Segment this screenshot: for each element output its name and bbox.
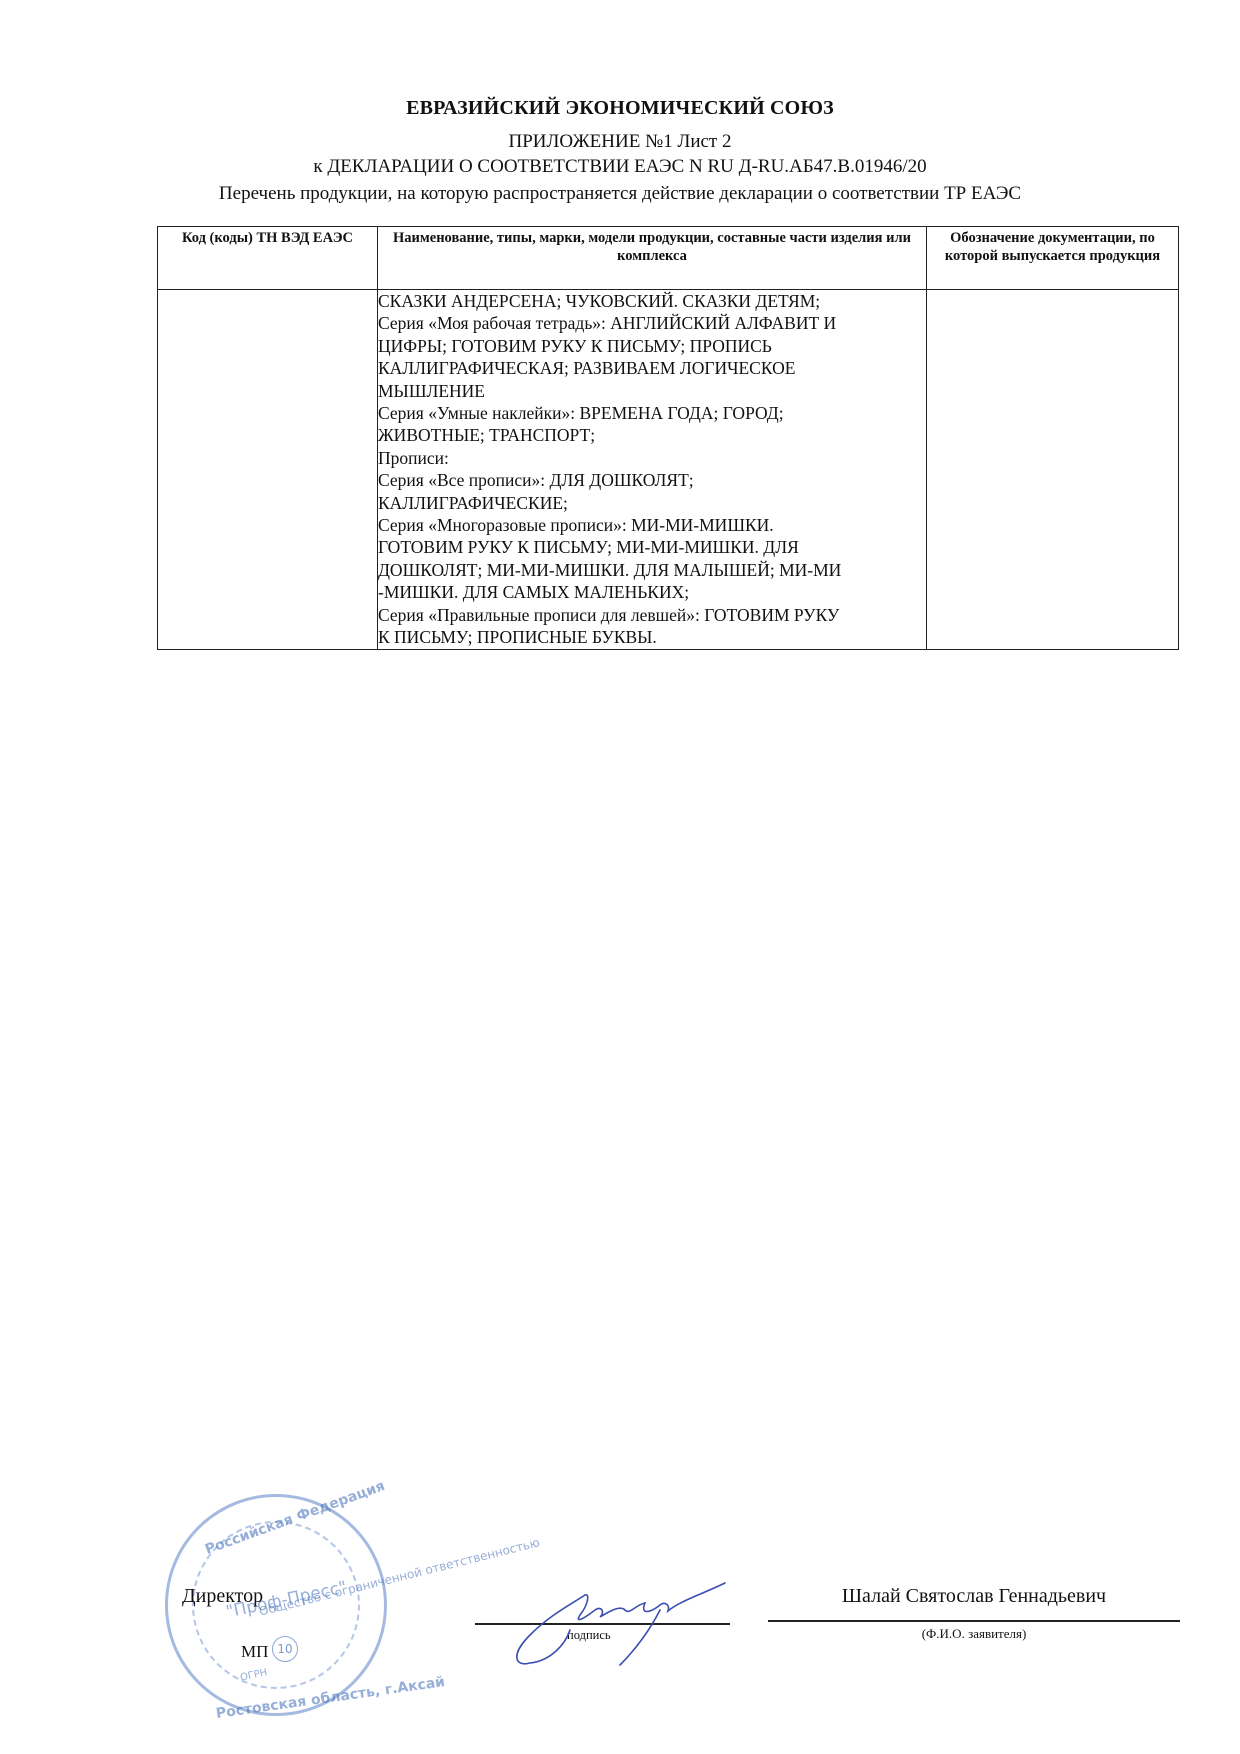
column-header-documentation: Обозначение документации, по которой вып… [927,227,1179,290]
document-organization-title: ЕВРАЗИЙСКИЙ ЭКОНОМИЧЕСКИЙ СОЮЗ [0,97,1240,120]
product-line: Серия «Правильные прописи для левшей»: Г… [378,604,926,626]
product-line: МЫШЛЕНИЕ [378,380,926,402]
cell-products: СКАЗКИ АНДЕРСЕНА; ЧУКОВСКИЙ. СКАЗКИ ДЕТЯ… [378,290,927,650]
product-line: ГОТОВИМ РУКУ К ПИСЬМУ; МИ-МИ-МИШКИ. ДЛЯ [378,536,926,558]
product-line: КАЛЛИГРАФИЧЕСКИЕ; [378,492,926,514]
product-line: СКАЗКИ АНДЕРСЕНА; ЧУКОВСКИЙ. СКАЗКИ ДЕТЯ… [378,290,926,312]
product-line: ЦИФРЫ; ГОТОВИМ РУКУ К ПИСЬМУ; ПРОПИСЬ [378,335,926,357]
applicant-name-line [768,1620,1180,1622]
applicant-name: Шалай Святослав Геннадьевич [768,1585,1180,1608]
product-line: Серия «Все прописи»: ДЛЯ ДОШКОЛЯТ; [378,469,926,491]
cell-documentation [927,290,1179,650]
column-header-products: Наименование, типы, марки, модели продук… [378,227,927,290]
applicant-caption: (Ф.И.О. заявителя) [768,1626,1180,1642]
declaration-number: к ДЕКЛАРАЦИИ О СООТВЕТСТВИИ ЕАЭС N RU Д-… [0,156,1240,178]
product-line: Серия «Многоразовые прописи»: МИ-МИ-МИШК… [378,514,926,536]
products-table: Код (коды) ТН ВЭД ЕАЭС Наименование, тип… [157,226,1179,650]
handwritten-signature-icon [510,1575,750,1670]
product-line: Серия «Моя рабочая тетрадь»: АНГЛИЙСКИЙ … [378,312,926,334]
appendix-label: ПРИЛОЖЕНИЕ №1 Лист 2 [0,131,1240,153]
product-line: КАЛЛИГРАФИЧЕСКАЯ; РАЗВИВАЕМ ЛОГИЧЕСКОЕ [378,357,926,379]
seal-number: 10 [272,1636,298,1662]
product-line: ЖИВОТНЫЕ; ТРАНСПОРТ; [378,424,926,446]
product-line: К ПИСЬМУ; ПРОПИСНЫЕ БУКВЫ. [378,626,926,648]
seal-place-label: МП [241,1642,268,1662]
cell-code [158,290,378,650]
product-line: ДОШКОЛЯТ; МИ-МИ-МИШКИ. ДЛЯ МАЛЫШЕЙ; МИ-М… [378,559,926,581]
column-header-code: Код (коды) ТН ВЭД ЕАЭС [158,227,378,290]
product-line: Прописи: [378,447,926,469]
product-list-description: Перечень продукции, на которую распростр… [0,183,1240,205]
table-row: СКАЗКИ АНДЕРСЕНА; ЧУКОВСКИЙ. СКАЗКИ ДЕТЯ… [158,290,1179,650]
position-label: Директор [182,1585,263,1608]
product-line: -МИШКИ. ДЛЯ САМЫХ МАЛЕНЬКИХ; [378,581,926,603]
table-header-row: Код (коды) ТН ВЭД ЕАЭС Наименование, тип… [158,227,1179,290]
product-line: Серия «Умные наклейки»: ВРЕМЕНА ГОДА; ГО… [378,402,926,424]
